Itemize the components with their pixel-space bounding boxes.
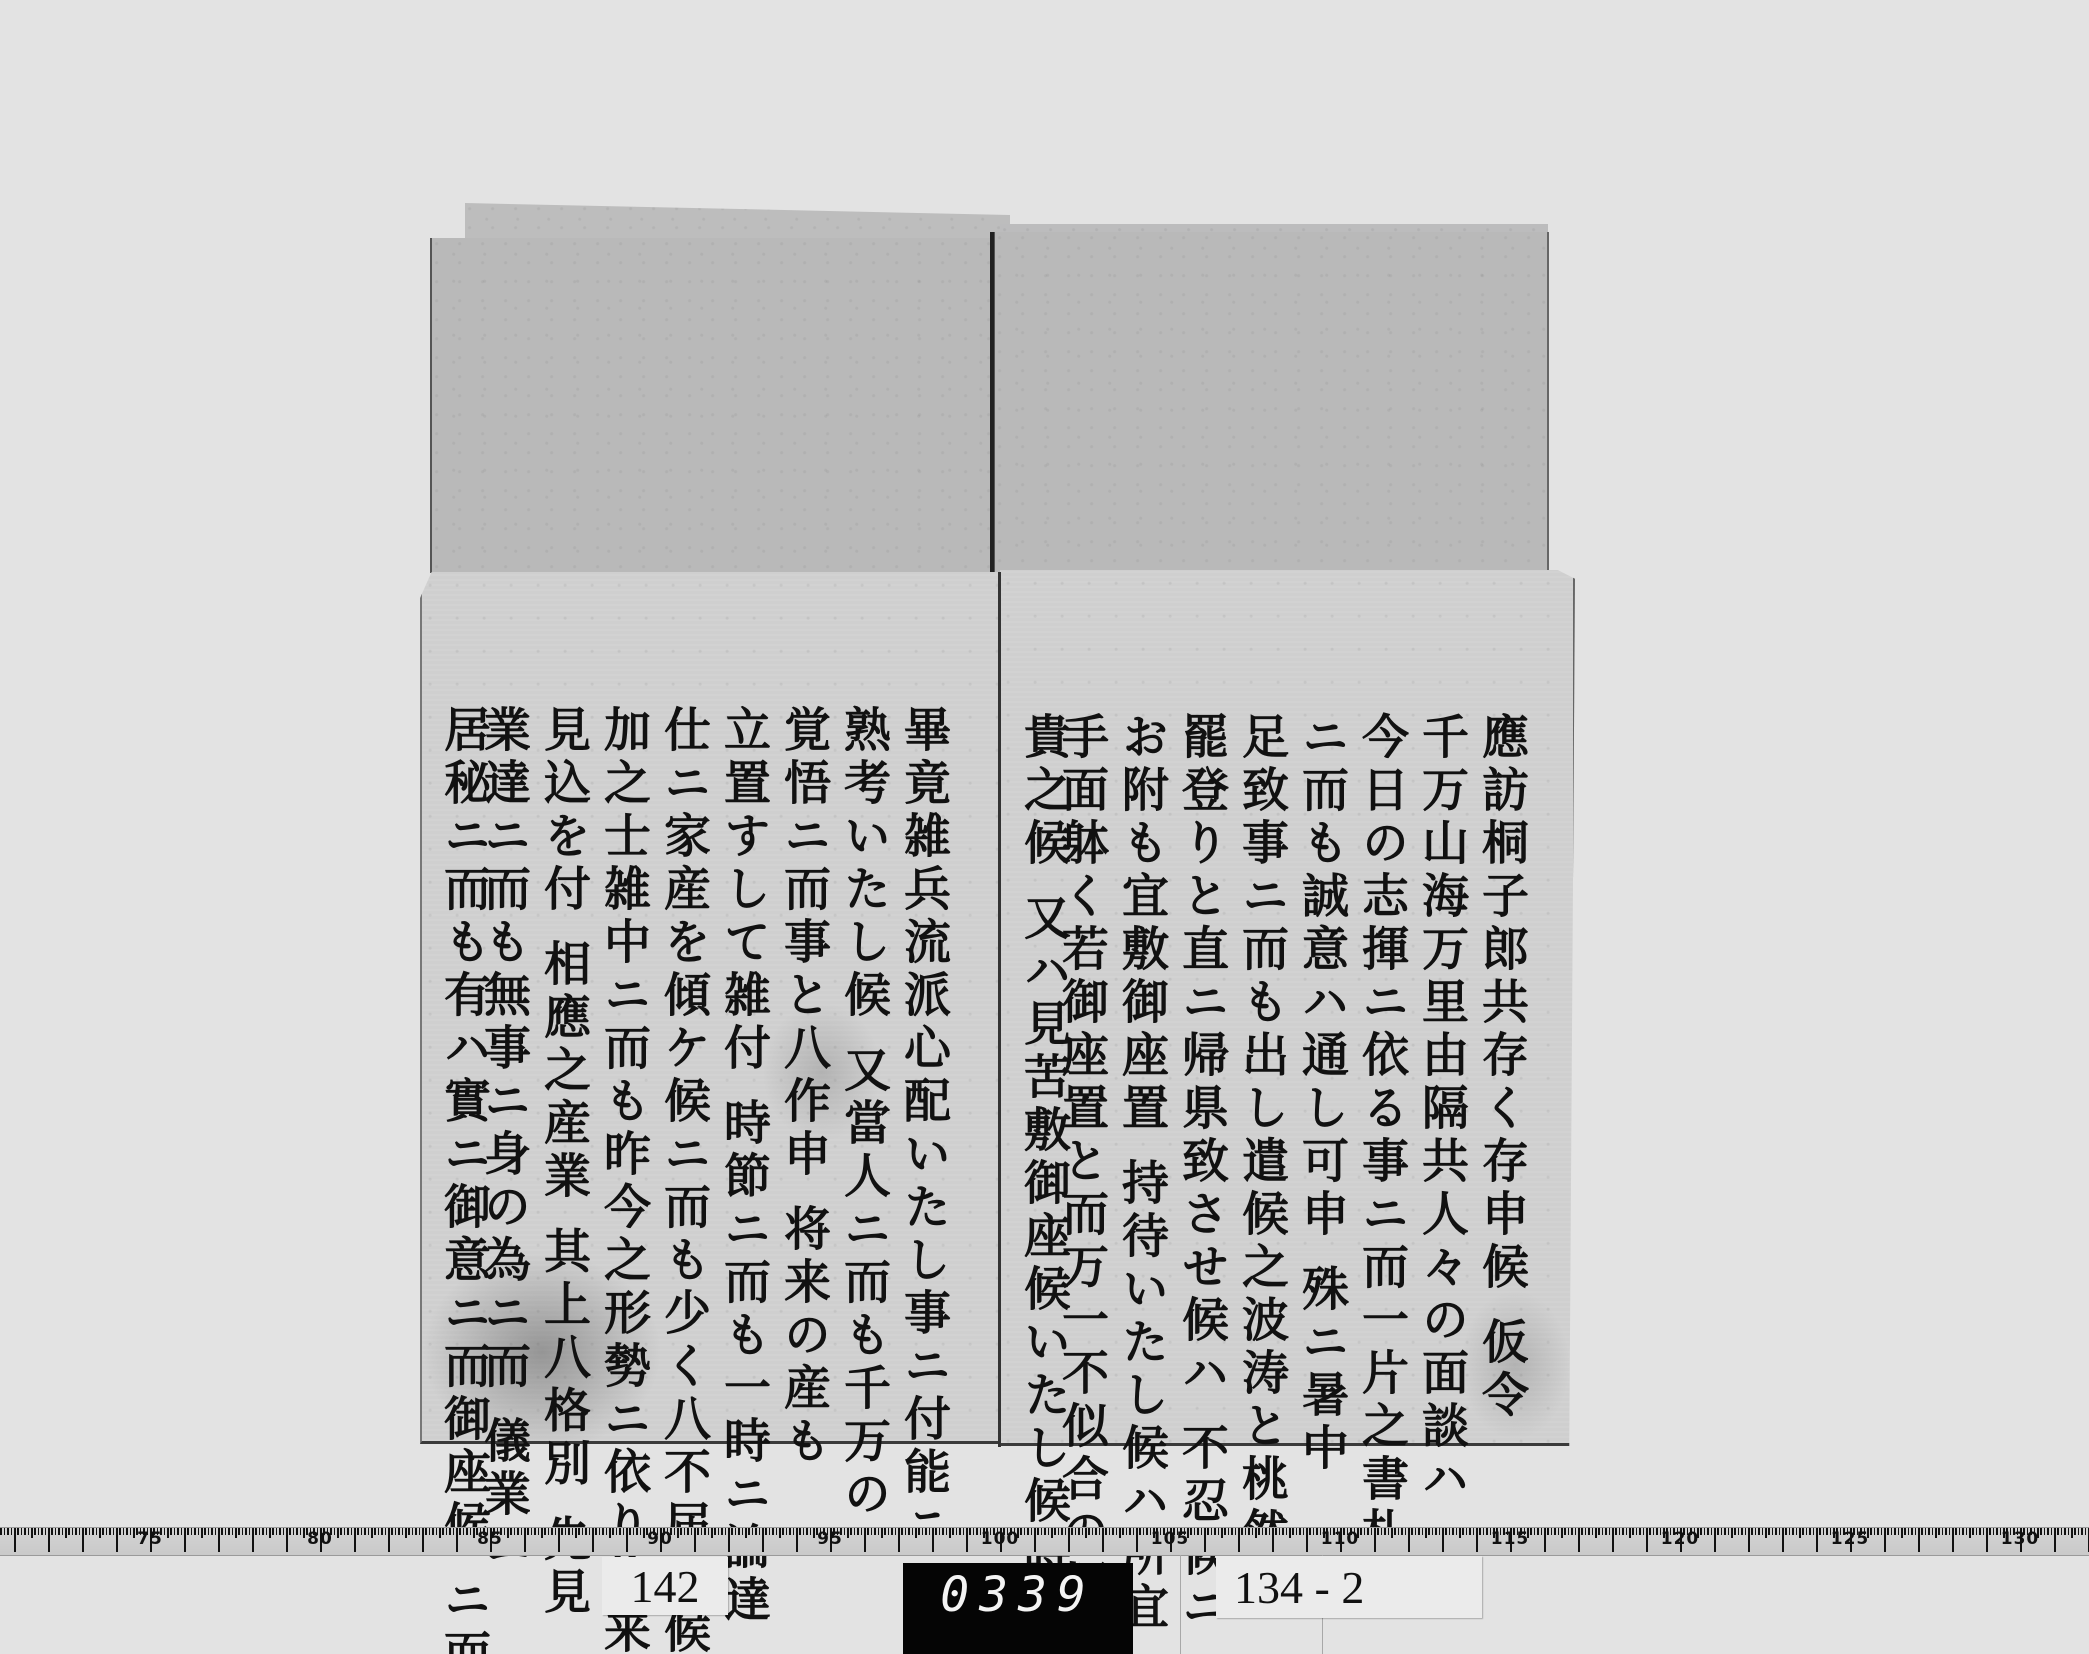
ruler-tick [215,1528,217,1535]
ruler-tick [504,1528,506,1535]
ruler-tick [221,1528,223,1535]
ruler-tick [2047,1528,2049,1535]
ruler-tick [1765,1528,1767,1538]
ruler-tick [446,1528,448,1535]
ruler-tick [1252,1528,1254,1535]
ruler-tick [544,1528,546,1535]
ruler-tick [708,1528,710,1535]
ruler-tick [609,1528,611,1538]
ruler-tick [62,1528,64,1535]
ruler-tick [412,1528,414,1535]
ruler-label: 90 [647,1529,673,1549]
ruler-tick [55,1528,57,1535]
ruler-tick [789,1528,791,1535]
ruler-tick [1398,1528,1400,1535]
ruler-tick [1384,1528,1386,1535]
ruler-tick [1581,1528,1583,1535]
ruler-tick [1099,1528,1101,1535]
ruler-tick [929,1528,931,1535]
ruler-tick [2054,1528,2056,1552]
ruler-tick [534,1528,536,1535]
ruler-tick [1078,1528,1080,1535]
left-page-column-6: 加之士雑中ニ而も昨今之形勢ニ依り将来之 [600,705,647,1465]
ruler-tick [1891,1528,1893,1535]
ruler-tick [725,1528,727,1535]
ruler-tick [1626,1528,1628,1535]
ruler-tick [1143,1528,1145,1535]
ruler-tick [595,1528,597,1535]
ruler-tick [612,1528,614,1535]
ruler-tick [1972,1528,1974,1535]
ruler-tick [1785,1528,1787,1535]
ruler-tick [1394,1528,1396,1535]
ruler-tick [1391,1528,1393,1538]
ruler-tick [602,1528,604,1535]
ruler-tick [561,1528,563,1535]
ruler-tick [1303,1528,1305,1535]
ruler-tick [405,1528,407,1538]
ruler-tick [1462,1528,1464,1535]
ruler-tick [1643,1528,1645,1535]
ruler-tick [510,1528,512,1535]
ruler-tick [38,1528,40,1535]
ruler-tick [402,1528,404,1535]
ruler-tick [473,1528,475,1538]
ruler-tick [803,1528,805,1535]
ruler-tick [337,1528,339,1538]
ruler-tick [1224,1528,1226,1535]
ruler-tick [266,1528,268,1535]
ruler-tick [541,1528,543,1538]
ruler-tick [463,1528,465,1535]
ruler-tick [1714,1528,1716,1552]
ruler-tick [1908,1528,1910,1535]
ruler-tick [888,1528,890,1535]
ruler-tick [1734,1528,1736,1535]
ruler-tick [728,1528,730,1552]
ruler-tick [2078,1528,2080,1535]
ruler-tick [65,1528,67,1538]
left-page-column-7: 見込を付 相應之産業 其上八格別 先見 [540,705,587,1465]
ruler-tick [1197,1528,1199,1535]
ruler-tick [191,1528,193,1535]
ruler-tick [718,1528,720,1535]
ruler-tick [1976,1528,1978,1535]
ruler-tick [1119,1528,1121,1538]
left-page-column-5: 仕ニ家産を傾ケ候ニ而も少く八不届ニ候 [660,705,707,1465]
ruler-tick [89,1528,91,1535]
ruler-tick [106,1528,108,1535]
ruler-tick [1411,1528,1413,1535]
ruler-tick [861,1528,863,1535]
left-page-column-4: 立置すして雑付 時節ニ而も一時ニ論達 [720,705,767,1465]
ruler-tick [799,1528,801,1535]
ruler-tick [252,1528,254,1552]
ruler-tick [398,1528,400,1535]
ruler-tick [2085,1528,2087,1535]
ruler-tick [850,1528,852,1535]
ruler-tick [918,1528,920,1535]
ruler-tick [351,1528,353,1535]
ruler-tick [1364,1528,1366,1535]
ruler-tick [364,1528,366,1535]
ruler-tick [1887,1528,1889,1535]
ruler-tick [1564,1528,1566,1535]
backing-sheet-top-left-tab [465,203,1010,243]
ruler-tick [1884,1528,1886,1552]
ruler-tick [1551,1528,1553,1535]
ruler-tick [1194,1528,1196,1535]
ruler-tick [1422,1528,1424,1535]
ruler-tick [439,1528,441,1538]
ruler-tick [2040,1528,2042,1535]
ruler-tick [187,1528,189,1535]
ruler-tick [245,1528,247,1535]
ruler-tick [296,1528,298,1535]
ruler-tick [1388,1528,1390,1535]
ruler-tick [1306,1528,1308,1552]
ruler-tick [1146,1528,1148,1535]
ruler-tick [1405,1528,1407,1535]
ruler-tick [1207,1528,1209,1535]
ruler-tick [1779,1528,1781,1535]
ruler-tick [1112,1528,1114,1535]
ruler-tick [436,1528,438,1535]
ruler-tick [1989,1528,1991,1535]
ruler-tick [1401,1528,1403,1535]
ruler-tick [1296,1528,1298,1535]
ruler-tick [1881,1528,1883,1535]
ruler-tick [752,1528,754,1535]
ruler-tick [385,1528,387,1535]
ruler-tick [925,1528,927,1535]
ruler-tick [425,1528,427,1535]
ruler-tick [1826,1528,1828,1535]
ruler-tick [344,1528,346,1535]
ruler-label: 85 [477,1529,503,1549]
ruler-tick [75,1528,77,1535]
ruler-tick [170,1528,172,1535]
ruler-tick [1214,1528,1216,1535]
ruler-tick [1228,1528,1230,1535]
ruler-tick [793,1528,795,1535]
ruler-tick [1901,1528,1903,1538]
right-page-column-9: 貴之候 又ハ見苦敷御座候いたし候時 ハ [1020,712,1067,1472]
ruler-tick [456,1528,458,1552]
ruler-tick [432,1528,434,1535]
ruler-tick [2051,1528,2053,1535]
ruler-tick [1221,1528,1223,1538]
ruler-tick [1048,1528,1050,1535]
ruler-tick [619,1528,621,1535]
ruler-tick [1806,1528,1808,1535]
ruler-tick [735,1528,737,1535]
frame-counter: 0339 [903,1563,1133,1654]
ruler-tick [24,1528,26,1535]
ruler-tick [368,1528,370,1535]
ruler-tick [636,1528,638,1535]
ruler-tick [932,1528,934,1552]
ruler-tick [1272,1528,1274,1552]
ruler-tick [1595,1528,1597,1538]
ruler-tick [334,1528,336,1535]
ruler-tick [1425,1528,1427,1538]
ruler-tick [1374,1528,1376,1552]
ruler-tick [429,1528,431,1535]
ruler-tick [1061,1528,1063,1535]
ruler-tick [184,1528,186,1552]
ruler-tick [357,1528,359,1535]
ruler-tick [1751,1528,1753,1535]
ruler-tick [1109,1528,1111,1535]
ruler-tick [255,1528,257,1535]
ruler-tick [946,1528,948,1535]
ruler-tick [419,1528,421,1535]
ruler-tick [1024,1528,1026,1535]
ruler-tick [1656,1528,1658,1535]
ruler-tick [1615,1528,1617,1535]
ruler-tick [1809,1528,1811,1535]
ruler-tick [874,1528,876,1535]
ruler-tick [208,1528,210,1535]
ruler-tick [1986,1528,1988,1552]
right-page-column-2: 千万山海万里由隔共人々の面談ハ [1418,712,1465,1472]
ruler-tick [1813,1528,1815,1535]
ruler-tick [1309,1528,1311,1535]
ruler-tick [1367,1528,1369,1535]
ruler-tick [235,1528,237,1538]
ruler-tick [765,1528,767,1535]
catalog-label-left: 142 [602,1557,728,1615]
ruler-tick [1782,1528,1784,1552]
ruler-tick [181,1528,183,1535]
ruler-tick [786,1528,788,1535]
ruler-tick [881,1528,883,1538]
ruler-tick [742,1528,744,1535]
ruler-tick [1932,1528,1934,1535]
ruler-tick [41,1528,43,1535]
ruler-tick [1969,1528,1971,1538]
ruler-tick [371,1528,373,1538]
ruler-tick [1020,1528,1022,1535]
ruler-tick [164,1528,166,1535]
ruler-tick [72,1528,74,1535]
ruler-tick [582,1528,584,1535]
ruler-tick [85,1528,87,1535]
ruler-tick [14,1528,16,1552]
ruler-tick [119,1528,121,1535]
ruler-tick [1962,1528,1964,1535]
ruler-tick [422,1528,424,1552]
ruler-tick [303,1528,305,1538]
ruler-tick [453,1528,455,1535]
ruler-tick [1190,1528,1192,1535]
ruler-tick [2044,1528,2046,1535]
ruler-tick [813,1528,815,1538]
ruler-tick [1031,1528,1033,1535]
ruler-tick [1561,1528,1563,1538]
ruler-tick [45,1528,47,1535]
ruler-tick [1823,1528,1825,1535]
ruler-tick [1408,1528,1410,1552]
ruler-tick [1360,1528,1362,1535]
ruler-tick [867,1528,869,1535]
ruler-tick [1102,1528,1104,1552]
ruler-tick [459,1528,461,1535]
ruler-tick [711,1528,713,1538]
ruler-tick [283,1528,285,1535]
ruler-tick [912,1528,914,1535]
ruler-tick [1105,1528,1107,1535]
ruler-tick [640,1528,642,1535]
divider-line [1180,1555,1181,1654]
ruler-label: 95 [817,1529,843,1549]
ruler-tick [1258,1528,1260,1535]
ruler-tick [1071,1528,1073,1535]
ruler-tick [2068,1528,2070,1535]
ruler-tick [1904,1528,1906,1535]
ruler-tick [1051,1528,1053,1538]
ruler-tick [92,1528,94,1535]
ruler-tick [1037,1528,1039,1535]
ruler-tick [1459,1528,1461,1538]
ruler-tick [1476,1528,1478,1552]
ruler-tick [354,1528,356,1552]
ruler-tick [1802,1528,1804,1535]
ruler-tick [11,1528,13,1535]
ruler-tick [1238,1528,1240,1552]
ruler-tick [249,1528,251,1535]
ruler-tick [1894,1528,1896,1535]
ruler-tick [1245,1528,1247,1535]
ruler-tick [1755,1528,1757,1535]
ruler-tick [1762,1528,1764,1535]
ruler-tick [677,1528,679,1538]
ruler-tick [1748,1528,1750,1552]
ruler-tick [82,1528,84,1552]
ruler-tick [1738,1528,1740,1535]
right-page-column-1: 應訪桐子郎共存く存申候 仮令 [1478,712,1525,1472]
ruler-tick [1122,1528,1124,1535]
ruler-tick [102,1528,104,1535]
ruler-tick [204,1528,206,1535]
ruler-tick [1292,1528,1294,1535]
ruler-tick [1707,1528,1709,1535]
ruler-tick [1741,1528,1743,1535]
left-page-column-9: 居秘ニ而も有ハ實ニ御意ニ而御座候 ニ而 [440,705,487,1465]
ruler-tick [2057,1528,2059,1535]
ruler-tick [1636,1528,1638,1535]
ruler-tick [378,1528,380,1535]
ruler-tick [1704,1528,1706,1535]
ruler-tick [1133,1528,1135,1535]
ruler-tick [538,1528,540,1535]
ruler-tick [1877,1528,1879,1535]
ruler-tick [524,1528,526,1552]
ruler-tick [466,1528,468,1535]
ruler-tick [1139,1528,1141,1535]
ruler-tick [1218,1528,1220,1535]
ruler-tick [1598,1528,1600,1535]
ruler-tick [558,1528,560,1552]
ruler-tick [527,1528,529,1535]
ruler-tick [1381,1528,1383,1535]
ruler-tick [130,1528,132,1535]
ruler-tick [969,1528,971,1535]
ruler-tick [48,1528,50,1552]
ruler-tick [687,1528,689,1535]
ruler-tick [1299,1528,1301,1535]
ruler-tick [1921,1528,1923,1535]
ruler-tick [1034,1528,1036,1552]
ruler-tick [1044,1528,1046,1535]
ruler-tick [1279,1528,1281,1535]
ruler-tick [922,1528,924,1535]
ruler-tick [1622,1528,1624,1535]
ruler-tick [2071,1528,2073,1538]
ruler-tick [1935,1528,1937,1538]
backing-sheet-left [430,238,994,573]
ruler-tick [844,1528,846,1535]
ruler-tick [555,1528,557,1535]
ruler-tick [606,1528,608,1535]
ruler-tick [1371,1528,1373,1535]
ruler-tick [772,1528,774,1535]
ruler-label: 75 [137,1529,163,1549]
ruler-tick [109,1528,111,1535]
ruler-tick [1041,1528,1043,1535]
ruler-tick [1248,1528,1250,1535]
ruler-tick [228,1528,230,1535]
ruler-tick [1870,1528,1872,1535]
ruler-tick [1316,1528,1318,1535]
ruler-tick [701,1528,703,1535]
ruler-tick [1799,1528,1801,1538]
measurement-ruler: 7580859095100105110115120125130 [0,1527,2089,1556]
ruler-tick [1918,1528,1920,1552]
ruler-tick [782,1528,784,1535]
ruler-tick [565,1528,567,1535]
ruler-tick [99,1528,101,1538]
ruler-tick [1085,1528,1087,1538]
ruler-tick [1435,1528,1437,1535]
ruler-tick [232,1528,234,1535]
ruler-tick [517,1528,519,1535]
item-number: 134 - 2 [1234,1561,1364,1614]
ruler-tick [884,1528,886,1535]
ruler-tick [2074,1528,2076,1535]
ruler-tick [973,1528,975,1535]
ruler-tick [1717,1528,1719,1535]
ruler-tick [1415,1528,1417,1535]
ruler-tick [908,1528,910,1535]
ruler-tick [31,1528,33,1538]
right-page-column-3: 今日の志揮ニ依る事ニ而一片之書札 [1358,712,1405,1472]
ruler-tick [1585,1528,1587,1535]
ruler-tick [1728,1528,1730,1535]
ruler-tick [694,1528,696,1552]
ruler-tick [575,1528,577,1538]
ruler-tick [1269,1528,1271,1535]
ruler-tick [589,1528,591,1535]
ruler-tick [514,1528,516,1535]
ruler-tick [167,1528,169,1538]
ruler-tick [1449,1528,1451,1535]
ruler-tick [395,1528,397,1535]
ruler-tick [2061,1528,2063,1535]
center-fold-line [990,232,994,577]
ruler-tick [21,1528,23,1535]
